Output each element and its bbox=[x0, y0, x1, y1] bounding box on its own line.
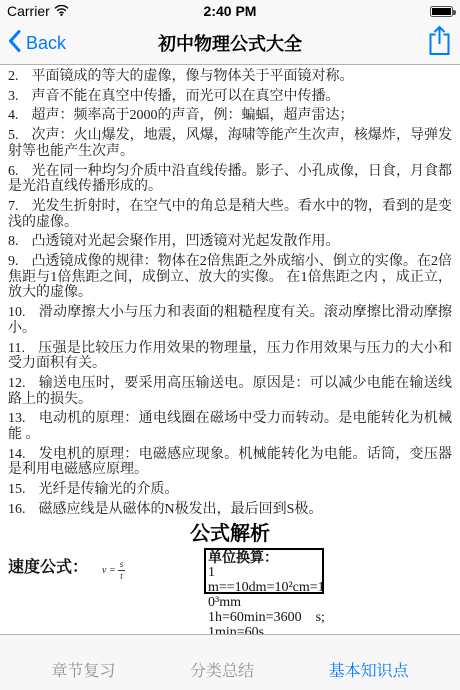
status-bar: Carrier 2:40 PM bbox=[0, 0, 460, 22]
unit-conversion-lines: 1 m==10dm=10²cm=1 0³mm 1h=60min=3600 s; … bbox=[208, 565, 364, 634]
knowledge-item: 8.凸透镜对光起会聚作用，凹透镜对光起发散作用。 bbox=[8, 234, 452, 250]
unit-conversion-line: 1h=60min=3600 s; bbox=[208, 610, 364, 625]
item-text: 发电机的原理：电磁感应现象。机械能转化为电能。话筒，变压器是利用电磁感应原理。 bbox=[8, 447, 452, 478]
page-title: 初中物理公式大全 bbox=[80, 30, 380, 56]
back-button[interactable]: Back bbox=[8, 30, 66, 57]
knowledge-item: 6.光在同一种均匀介质中沿直线传播。影子、小孔成像，日食，月食都是光沿直线传播形… bbox=[8, 164, 452, 195]
knowledge-item: 3.声音不能在真空中传播，而光可以在真空中传播。 bbox=[8, 89, 452, 105]
item-number: 8. bbox=[8, 234, 19, 249]
item-text: 压强是比较压力作用效果的物理量，压力作用效果与压力的大小和受力面积有关。 bbox=[8, 341, 452, 372]
clock: 2:40 PM bbox=[0, 3, 460, 19]
item-number: 7. bbox=[8, 199, 19, 214]
knowledge-item: 11.压强是比较压力作用效果的物理量，压力作用效果与压力的大小和受力面积有关。 bbox=[8, 341, 452, 372]
item-text: 光纤是传输光的介质。 bbox=[39, 482, 179, 497]
knowledge-item: 7.光发生折射时，在空气中的角总是稍大些。看水中的物，看到的是变浅的虚像。 bbox=[8, 199, 452, 230]
toolbar-tab[interactable]: 章节复习 bbox=[51, 658, 115, 681]
item-text: 光在同一种均匀介质中沿直线传播。影子、小孔成像，日食，月食都是光沿直线传播形成的… bbox=[8, 164, 452, 195]
item-text: 凸透镜对光起会聚作用，凹透镜对光起发散作用。 bbox=[32, 234, 340, 249]
formula-section: 速度公式： v = s t 单位换算： 1 m==10dm= bbox=[8, 548, 452, 634]
item-number: 2. bbox=[8, 69, 19, 84]
speed-formula-label: 速度公式： bbox=[8, 560, 88, 576]
document-content[interactable]: 2.平面镜成的等大的虚像，像与物体关于平面镜对称。 3.声音不能在真空中传播，而… bbox=[0, 65, 460, 634]
chevron-left-icon bbox=[8, 30, 21, 57]
bottom-toolbar: 章节复习 分类总结 基本知识点 bbox=[0, 634, 460, 690]
share-icon bbox=[427, 25, 452, 61]
knowledge-item: 14.发电机的原理：电磁感应现象。机械能转化为电能。话筒，变压器是利用电磁感应原… bbox=[8, 447, 452, 478]
item-number: 3. bbox=[8, 89, 19, 104]
item-text: 凸透镜成像的规律：物体在2倍焦距之外成缩小、倒立的实像。在2倍焦距与1倍焦距之间… bbox=[8, 254, 452, 300]
item-number: 16. bbox=[8, 502, 26, 517]
knowledge-item: 10.滑动摩擦大小与压力和表面的粗糙程度有关。滚动摩擦比滑动摩擦小。 bbox=[8, 305, 452, 336]
item-text: 次声：火山爆发，地震，风爆，海啸等能产生次声，核爆炸，导弹发射等也能产生次声。 bbox=[8, 128, 452, 159]
item-text: 声音不能在真空中传播，而光可以在真空中传播。 bbox=[32, 89, 340, 104]
unit-conversion-title: 单位换算： bbox=[208, 549, 364, 565]
wifi-icon bbox=[54, 3, 69, 19]
app-screen: Carrier 2:40 PM Back 初中物理公式大全 bbox=[0, 0, 460, 690]
knowledge-item: 15.光纤是传输光的介质。 bbox=[8, 482, 452, 498]
speed-lhs: v = bbox=[102, 563, 116, 579]
speed-fraction: s t bbox=[118, 560, 126, 581]
share-button[interactable] bbox=[427, 25, 452, 61]
item-text: 滑动摩擦大小与压力和表面的粗糙程度有关。滚动摩擦比滑动摩擦小。 bbox=[8, 305, 452, 336]
item-number: 13. bbox=[8, 411, 26, 426]
knowledge-item: 2.平面镜成的等大的虚像，像与物体关于平面镜对称。 bbox=[8, 69, 452, 85]
speed-formula-row: 速度公式： v = s t bbox=[8, 560, 125, 581]
toolbar-tab[interactable]: 基本知识点 bbox=[329, 658, 409, 681]
knowledge-item: 9.凸透镜成像的规律：物体在2倍焦距之外成缩小、倒立的实像。在2倍焦距与1倍焦距… bbox=[8, 254, 452, 301]
battery-icon bbox=[430, 6, 453, 17]
item-text: 光发生折射时，在空气中的角总是稍大些。看水中的物，看到的是变浅的虚像。 bbox=[8, 199, 452, 230]
carrier-block: Carrier bbox=[7, 3, 69, 19]
toolbar-tab[interactable]: 分类总结 bbox=[190, 658, 254, 681]
item-number: 12. bbox=[8, 376, 26, 391]
item-number: 11. bbox=[8, 341, 25, 356]
item-number: 14. bbox=[8, 447, 26, 462]
navigation-bar: Back 初中物理公式大全 bbox=[0, 22, 460, 65]
item-number: 9. bbox=[8, 254, 19, 269]
item-text: 输送电压时，要采用高压输送电。原因是：可以减少电能在输送线路上的损失。 bbox=[8, 376, 452, 407]
speed-formula: v = s t bbox=[102, 560, 125, 581]
knowledge-item: 16.磁感应线是从磁体的N极发出，最后回到S极。 bbox=[8, 502, 452, 518]
section-title: 公式解析 bbox=[8, 527, 452, 543]
fraction-numerator: s bbox=[118, 560, 126, 571]
knowledge-item: 12.输送电压时，要采用高压输送电。原因是：可以减少电能在输送线路上的损失。 bbox=[8, 376, 452, 407]
knowledge-item: 4.超声：频率高于2000的声音，例：蝙蝠，超声雷达； bbox=[8, 108, 452, 124]
knowledge-item: 5.次声：火山爆发，地震，风爆，海啸等能产生次声，核爆炸，导弹发射等也能产生次声… bbox=[8, 128, 452, 159]
knowledge-item: 13.电动机的原理：通电线圈在磁场中受力而转动。是电能转化为机械能 。 bbox=[8, 411, 452, 442]
item-number: 5. bbox=[8, 128, 19, 143]
item-number: 15. bbox=[8, 482, 26, 497]
item-number: 4. bbox=[8, 108, 19, 123]
fraction-denominator: t bbox=[120, 571, 123, 581]
back-label: Back bbox=[26, 33, 66, 54]
item-text: 平面镜成的等大的虚像，像与物体关于平面镜对称。 bbox=[32, 69, 354, 84]
unit-conversion-line: m==10dm=10²cm=1 bbox=[208, 580, 364, 595]
item-text: 超声：频率高于2000的声音，例：蝙蝠，超声雷达； bbox=[32, 108, 354, 123]
knowledge-list: 2.平面镜成的等大的虚像，像与物体关于平面镜对称。 3.声音不能在真空中传播，而… bbox=[8, 69, 452, 518]
item-number: 6. bbox=[8, 164, 19, 179]
item-number: 10. bbox=[8, 305, 26, 320]
carrier-label: Carrier bbox=[7, 3, 50, 19]
unit-conversion-line: 1min=60s bbox=[208, 625, 364, 634]
item-text: 电动机的原理：通电线圈在磁场中受力而转动。是电能转化为机械能 。 bbox=[8, 411, 452, 442]
unit-conversion-block: 单位换算： 1 m==10dm=10²cm=1 0³mm 1h=60min=36… bbox=[204, 548, 364, 634]
unit-conversion-line: 1 bbox=[208, 565, 364, 580]
item-text: 磁感应线是从磁体的N极发出，最后回到S极。 bbox=[39, 502, 323, 517]
unit-conversion-line: 0³mm bbox=[208, 595, 364, 610]
